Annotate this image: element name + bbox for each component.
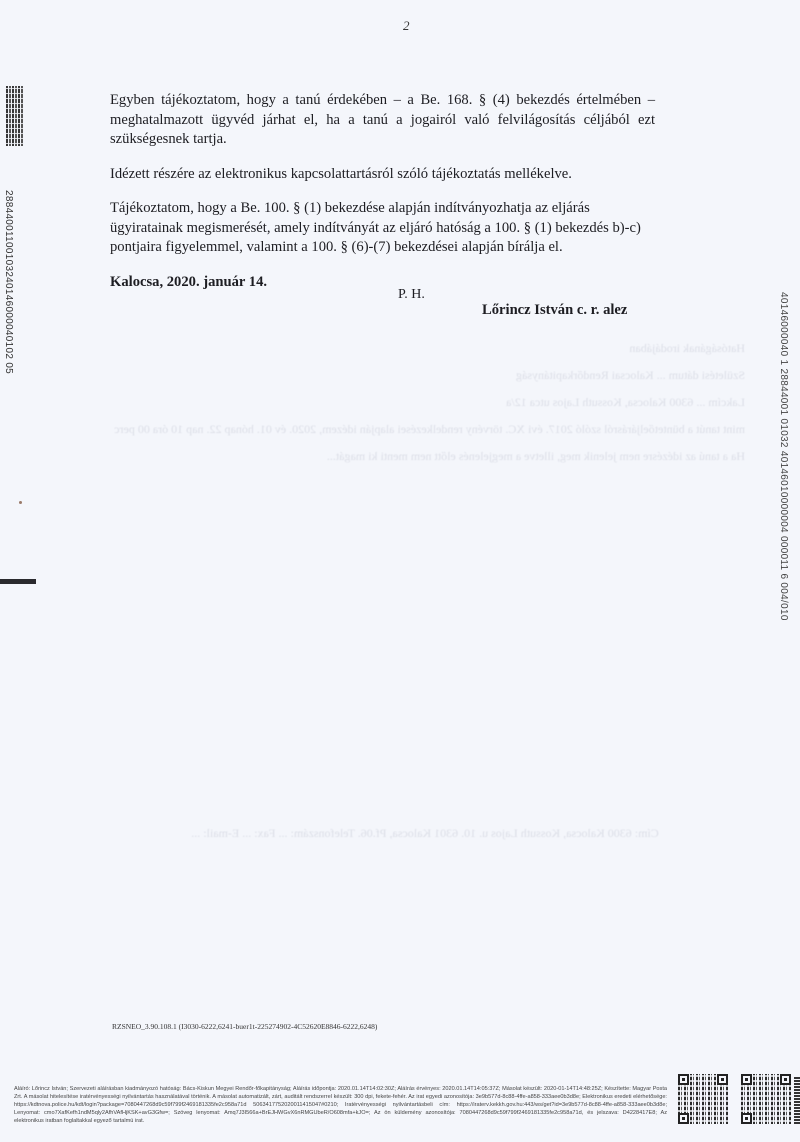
qr-finder	[678, 1074, 689, 1085]
qr-finder	[780, 1074, 791, 1085]
ghost-line: mint tanút a büntetőeljárásról szóló 201…	[105, 421, 745, 438]
signer-name: Lőrincz István c. r. alez	[482, 302, 627, 319]
place-date: Kalocsa, 2020. január 14.	[110, 273, 655, 293]
ghost-bleed-through: Hatóságának irodájában Születési dátum .…	[105, 340, 745, 980]
margin-code-left: 28844001100103240146000040102 05	[3, 190, 14, 374]
datamatrix-code-footer	[794, 1076, 800, 1124]
paragraph-witness-lawyer: Egyben tájékoztatom, hogy a tanú érdekéb…	[110, 91, 655, 150]
datamatrix-code-left	[6, 86, 24, 146]
qr-finder	[741, 1074, 752, 1085]
ghost-line: Ha a tanú az idézésre nem jelenik meg, i…	[105, 448, 745, 465]
margin-code-right: 40146000040 1 28844001 01032 40146010000…	[778, 292, 789, 621]
ghost-address: Cím: 6300 Kalocsa, Kossuth Lajos u. 10. …	[105, 825, 745, 842]
certification-footer: Aláíró: Lőrincz István; Szervezeti aláír…	[14, 1085, 667, 1125]
qr-finder	[678, 1113, 689, 1124]
qr-code-1	[678, 1074, 728, 1124]
ghost-line: Születési dátum ... Kalocsai Rendőrkapit…	[105, 367, 745, 384]
paragraph-electronic-contact: Idézett részére az elektronikus kapcsola…	[110, 165, 655, 185]
qr-code-2	[741, 1074, 791, 1124]
paragraph-file-access: Tájékoztatom, hogy a Be. 100. § (1) beke…	[110, 199, 655, 258]
margin-dot	[19, 501, 22, 504]
ghost-line: Hatóságának irodájában	[105, 340, 745, 357]
ghost-line: Lakcím ... 6300 Kalocsa, Kossuth Lajos u…	[105, 394, 745, 411]
qr-finder	[717, 1074, 728, 1085]
document-body: Egyben tájékoztatom, hogy a tanú érdekéb…	[110, 91, 655, 307]
seal-mark: P. H.	[398, 287, 425, 303]
margin-bar	[0, 579, 36, 584]
registration-code: RZSNEO_3.90.108.1 (I3030-6222,6241-buer1…	[112, 1022, 377, 1031]
page-number: 2	[403, 18, 410, 34]
qr-finder	[741, 1113, 752, 1124]
